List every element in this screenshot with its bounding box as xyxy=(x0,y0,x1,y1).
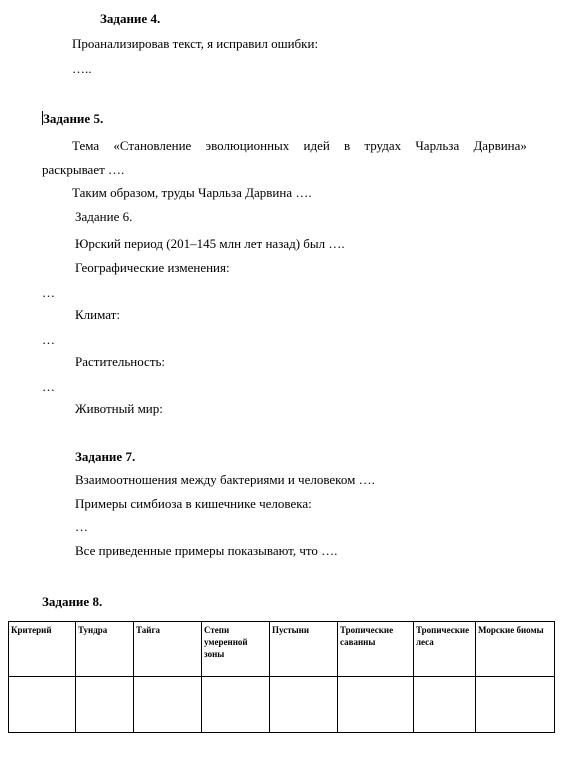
task5-para1-cont: раскрывает …. xyxy=(42,162,124,178)
table-header-cell: Тайга xyxy=(134,622,202,677)
word: Тема xyxy=(72,138,99,154)
task5-title-text: Задание 5. xyxy=(43,111,103,126)
word: «Становление xyxy=(113,138,191,154)
table-row xyxy=(9,677,555,733)
task7-line2: Примеры симбиоза в кишечнике человека: xyxy=(75,496,312,512)
task7-line4: Все приведенные примеры показывают, что … xyxy=(75,543,337,559)
word: Чарльза xyxy=(415,138,459,154)
task6-flora-label: Растительность: xyxy=(75,354,165,370)
table-header-cell: Степи умеренной зоны xyxy=(202,622,270,677)
word: идей xyxy=(304,138,330,154)
task6-climate-label: Климат: xyxy=(75,307,120,323)
table-header-cell: Морские биомы xyxy=(476,622,555,677)
task7-line3: … xyxy=(75,519,88,535)
table-header-row: КритерийТундраТайгаСтепи умеренной зоныП… xyxy=(9,622,555,677)
table-cell[interactable] xyxy=(338,677,414,733)
table-header-cell: Тропические леса xyxy=(414,622,476,677)
task5-title: Задание 5. xyxy=(42,111,103,127)
task8-title: Задание 8. xyxy=(42,594,102,610)
table-cell[interactable] xyxy=(134,677,202,733)
task5-para2: Таким образом, труды Чарльза Дарвина …. xyxy=(72,185,312,201)
table-header-cell: Тундра xyxy=(76,622,134,677)
task4-title: Задание 4. xyxy=(100,11,160,27)
task6-line1: Юрский период (201–145 млн лет назад) бы… xyxy=(75,236,345,252)
table-header-cell: Критерий xyxy=(9,622,76,677)
task6-title: Задание 6. xyxy=(75,209,132,225)
task4-placeholder: ….. xyxy=(72,61,92,77)
task7-line1: Взаимоотношения между бактериями и челов… xyxy=(75,472,375,488)
word: Дарвина» xyxy=(473,138,526,154)
task4-line1: Проанализировав текст, я исправил ошибки… xyxy=(72,36,318,52)
table-cell[interactable] xyxy=(9,677,76,733)
table-cell[interactable] xyxy=(202,677,270,733)
task6-geo-label: Географические изменения: xyxy=(75,260,230,276)
biome-table: КритерийТундраТайгаСтепи умеренной зоныП… xyxy=(8,621,555,733)
table-cell[interactable] xyxy=(414,677,476,733)
table-header-cell: Пустыни xyxy=(270,622,338,677)
task6-climate-value: … xyxy=(42,332,55,348)
table-cell[interactable] xyxy=(476,677,555,733)
word: трудах xyxy=(364,138,401,154)
word: эволюционных xyxy=(206,138,290,154)
table-cell[interactable] xyxy=(270,677,338,733)
task7-title: Задание 7. xyxy=(75,449,135,465)
table-header-cell: Тропические саванны xyxy=(338,622,414,677)
table-cell[interactable] xyxy=(76,677,134,733)
task6-flora-value: … xyxy=(42,379,55,395)
task6-fauna-label: Животный мир: xyxy=(75,401,163,417)
task6-geo-value: … xyxy=(42,285,55,301)
word: в xyxy=(344,138,350,154)
task5-para1-line: Тема«СтановлениеэволюционныхидейвтрудахЧ… xyxy=(72,138,527,154)
